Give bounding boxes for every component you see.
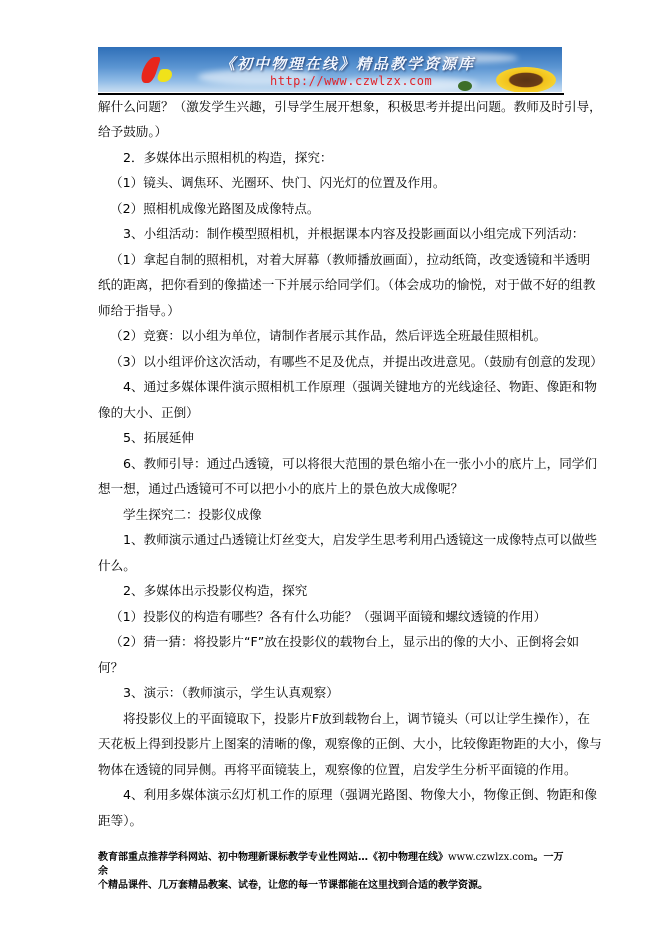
paragraph-line: 给予鼓励。） <box>98 123 167 141</box>
paragraph-line: 何？ <box>98 659 123 677</box>
paragraph-line: 像的大小、正倒） <box>98 404 199 422</box>
paragraph-line: 2．多媒体出示照相机的构造，探究： <box>123 149 333 167</box>
paragraph-line: （1）拿起自制的照相机，对着大屏幕（教师播放画面），拉动纸筒，改变透镜和半透明 <box>110 251 590 269</box>
paragraph-line: 将投影仪上的平面镜取下，投影片F放到载物台上，调节镜头（可以让学生操作），在 <box>123 710 590 728</box>
footer-site-link[interactable]: www.czwlzx.com <box>448 852 534 863</box>
header-banner: 《初中物理在线》精品教学资源库 http://www.czwlzx.com <box>98 47 562 92</box>
logo-icon-accent <box>156 69 175 82</box>
paragraph-line: 距等）。 <box>98 812 142 830</box>
paragraph-line: 师给于指导。） <box>98 302 180 320</box>
paragraph-line: 解什么问题？（激发学生兴趣，引导学生展开想象，积极思考并提出问题。教师及时引导， <box>98 98 602 116</box>
paragraph-line: （1）投影仪的构造有哪些？各有什么功能？（强调平面镜和螺纹透镜的作用） <box>110 608 546 626</box>
paragraph-line: 物体在透镜的同异侧。再将平面镜装上，观察像的位置，启发学生分析平面镜的作用。 <box>98 761 577 779</box>
paragraph-line: （2）照相机成像光路图及成像特点。 <box>110 200 320 218</box>
paragraph-line: 想一想，通过凸透镜可不可以把小小的底片上的景色放大成像呢？ <box>98 480 463 498</box>
header-divider <box>98 93 564 95</box>
paragraph-line: （3）以小组评价这次活动，有哪些不足及优点，并提出改进意见。（鼓励有创意的发现） <box>110 353 603 371</box>
paragraph-line: 纸的距离，把你看到的像描述一下并展示给同学们。（体会成功的愉悦，对于做不好的组教 <box>98 276 595 294</box>
footer-line-2: 个精品课件、几万套精品教案、试卷，让您的每一节课都能在这里找到合适的教学资源。 <box>98 879 564 893</box>
paragraph-line: 4、利用多媒体演示幻灯机工作的原理（强调光路图、物像大小，物像正倒、物距和像 <box>123 786 597 804</box>
paragraph-line: （2）竞赛：以小组为单位，请制作者展示其作品，然后评选全班最佳照相机。 <box>110 327 546 345</box>
sunflower-icon <box>496 67 556 92</box>
paragraph-line: 6、教师引导：通过凸透镜，可以将很大范围的景色缩小在一张小小的底片上，同学们 <box>123 455 597 473</box>
footer-line-1: 教育部重点推荐学科网站、初中物理新课标教学专业性网站…《初中物理在线》www.c… <box>98 851 564 879</box>
paragraph-line: 2、多媒体出示投影仪构造，探究 <box>123 582 307 600</box>
paragraph-line: 4、通过多媒体课件演示照相机工作原理（强调关键地方的光线途径、物距、像距和物 <box>123 378 597 396</box>
paragraph-line: 学生探究二：投影仪成像 <box>123 506 262 524</box>
paragraph-line: （1）镜头、调焦环、光圈环、快门、闪光灯的位置及作用。 <box>110 174 445 192</box>
banner-title: 《初中物理在线》精品教学资源库 <box>220 53 475 74</box>
page-footer: 教育部重点推荐学科网站、初中物理新课标教学专业性网站…《初中物理在线》www.c… <box>98 851 564 893</box>
paragraph-line: 5、拓展延伸 <box>123 429 194 447</box>
paragraph-line: 1、教师演示通过凸透镜让灯丝变大，启发学生思考利用凸透镜这一成像特点可以做些 <box>123 531 597 549</box>
footer-text: 教育部重点推荐学科网站、初中物理新课标教学专业性网站…《初中物理在线》 <box>98 852 448 863</box>
paragraph-line: 3、演示：（教师演示，学生认真观察） <box>123 684 339 702</box>
paragraph-line: 3、小组活动：制作模型照相机，并根据课本内容及投影画面以小组完成下列活动： <box>123 225 584 243</box>
paragraph-line: 天花板上得到投影片上图案的清晰的像，观察像的正倒、大小，比较像距物距的大小，像与 <box>98 735 602 753</box>
leaf-decoration <box>458 81 472 91</box>
banner-url[interactable]: http://www.czwlzx.com <box>270 74 432 88</box>
paragraph-line: （2）猜一猜：将投影片“F”放在投影仪的载物台上，显示出的像的大小、正倒将会如 <box>110 633 579 651</box>
paragraph-line: 什么。 <box>98 557 136 575</box>
